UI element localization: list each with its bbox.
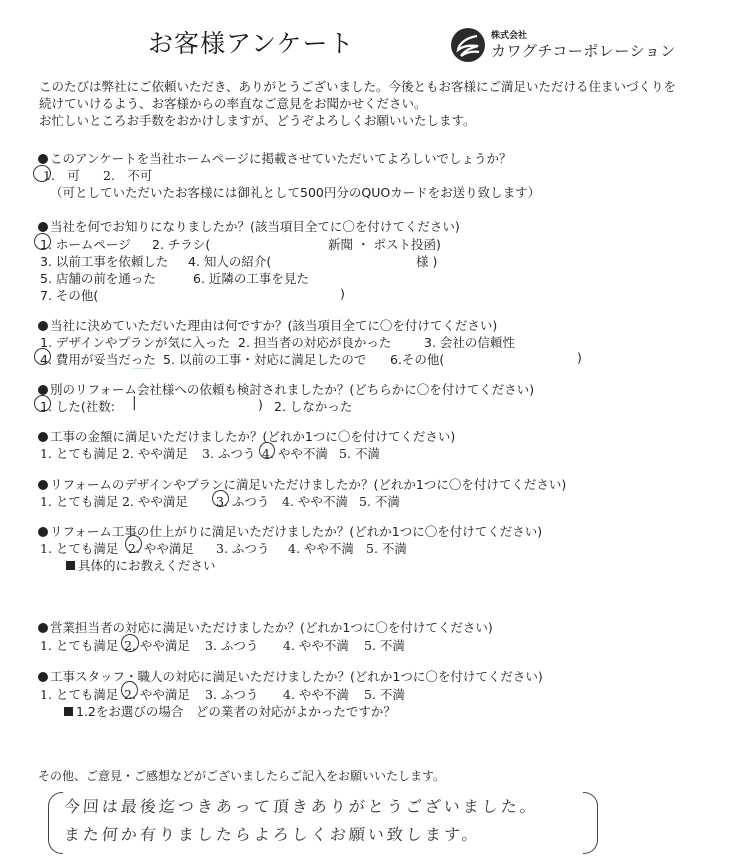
q9-option-5[interactable]: 5. 不満 [364, 685, 405, 703]
q3-option-6-close: ) [577, 350, 582, 365]
bullet-icon [38, 385, 48, 395]
q2-option-7-close: ) [340, 286, 345, 301]
q8-option-1[interactable]: 1. とても満足 [40, 636, 118, 654]
q4-option-1[interactable]: 1. した(社数: [40, 397, 115, 415]
q6-option-4[interactable]: 4. やや不満 [282, 492, 348, 510]
q8-option-3[interactable]: 3. ふつう [205, 636, 258, 654]
comment-line-1[interactable]: 今回は最後迄つきあって頂きありがとうございました。 [63, 794, 539, 817]
q9-sub-prompt: 1.2をお選びの場合 どの業者の対応がよかったですか？ [64, 702, 396, 720]
comment-box-right-bracket [583, 792, 598, 854]
q5-option-5[interactable]: 5. 不満 [339, 444, 380, 462]
bullet-icon [38, 672, 48, 682]
bullet-icon [38, 222, 48, 232]
q4-option-2[interactable]: 2. しなかった [274, 397, 352, 415]
q5-option-3[interactable]: 3. ふつう [202, 444, 255, 462]
bullet-icon [38, 527, 48, 537]
comment-line-2[interactable]: また何か有りましたらよろしくお願い致します。 [63, 822, 481, 845]
q9-option-3[interactable]: 3. ふつう [205, 685, 258, 703]
question-6: リフォームのデザインやプランに満足いただけましたか？(どれか1つに〇を付けてくだ… [38, 475, 566, 493]
question-1: このアンケートを当社ホームページに掲載させていただいてよろしいでしょうか？ [38, 149, 512, 167]
q3-option-5[interactable]: 5. 以前の工事・対応に満足したので [163, 350, 366, 368]
question-5: 工事の金額に満足いただけましたか？(どれか1つに〇を付けてください) [38, 427, 455, 445]
q8-option-5[interactable]: 5. 不満 [364, 636, 405, 654]
q6-option-2[interactable]: 2. やや満足 [122, 492, 188, 510]
comments-prompt: その他、ご意見・ご感想などがございましたらご記入をお願いいたします。 [38, 767, 445, 784]
selected-circle-mark [125, 535, 142, 553]
q2-option-7[interactable]: 7. その他( [40, 286, 98, 304]
q2-option-5[interactable]: 5. 店舗の前を通った [40, 269, 156, 287]
q3-option-2[interactable]: 2. 担当者の対応が良かった [238, 333, 391, 351]
q7-option-3[interactable]: 3. ふつう [216, 539, 269, 557]
q9-option-1[interactable]: 1. とても満足 [40, 685, 118, 703]
page-title: お客様アンケート [148, 24, 355, 60]
question-3: 当社に決めていただいた理由は何ですか？(該当項目全てに〇を付けてください) [38, 316, 497, 334]
q7-option-5[interactable]: 5. 不満 [366, 539, 407, 557]
selected-circle-mark [121, 634, 139, 652]
question-9: 工事スタッフ・職人の対応に満足いただけましたか？(どれか1つに〇を付けてください… [38, 667, 543, 685]
q3-option-3[interactable]: 3. 会社の信頼性 [424, 333, 515, 351]
q1-note: （可としていただいたお客様には御礼として500円分のQUOカードをお送り致します… [50, 183, 540, 201]
selected-circle-mark [34, 233, 51, 250]
bullet-icon [38, 432, 48, 442]
q5-option-1[interactable]: 1. とても満足 [40, 444, 118, 462]
intro-line: 続けていけるよう、お客様からの率直なご意見をお聞かせください。 [39, 95, 676, 112]
question-7: リフォーム工事の仕上がりに満足いただけましたか？(どれか1つに〇を付けてください… [38, 522, 542, 540]
q1-option-2[interactable]: 2. 不可 [103, 166, 152, 184]
square-bullet-icon [64, 707, 73, 716]
comment-box-left-bracket [48, 792, 63, 854]
bullet-icon [38, 480, 48, 490]
q5-option-2[interactable]: 2. やや満足 [122, 444, 188, 462]
q2-option-3[interactable]: 3. 以前工事を依頼した [40, 252, 168, 270]
company-logo-icon [451, 28, 485, 62]
selected-circle-mark [121, 681, 138, 699]
company-logo: 株式会社 カワグチコーポレーション [451, 26, 691, 66]
q7-option-4[interactable]: 4. やや不満 [288, 539, 354, 557]
q3-option-1[interactable]: 1. デザインやプランが気に入った [40, 333, 230, 351]
q2-option-2-detail: 新聞 ・ ポスト投函) [328, 235, 441, 253]
bullet-icon [38, 623, 48, 633]
stray-mark [132, 368, 152, 369]
square-bullet-icon [66, 561, 75, 570]
selected-circle-mark [212, 490, 229, 507]
q2-option-2[interactable]: 2. チラシ( [152, 235, 210, 253]
question-8: 営業担当者の対応に満足いただけましたか？(どれか1つに〇を付けてください) [38, 618, 493, 636]
q7-option-1[interactable]: 1. とても満足 [40, 539, 118, 557]
company-name: カワグチコーポレーション [491, 40, 676, 61]
q2-option-4-suffix: 様 ) [416, 252, 437, 270]
selected-circle-mark [33, 165, 51, 182]
intro-line: お忙しいところお手数をおかけしますが、どうぞよろしくお願いいたします。 [39, 112, 676, 129]
q8-option-4[interactable]: 4. やや不満 [283, 636, 349, 654]
question-4: 別のリフォーム会社様への依頼も検討されましたか？(どちらかに〇を付けてください) [38, 380, 534, 398]
q3-option-6[interactable]: 6.その他( [390, 350, 444, 368]
q2-option-6[interactable]: 6. 近隣の工事を見た [193, 269, 309, 287]
q9-option-4[interactable]: 4. やや不満 [283, 685, 349, 703]
q7-sub-prompt: 具体的にお教えください [66, 556, 216, 574]
q3-option-4[interactable]: 4. 費用が妥当だった [40, 350, 156, 368]
selected-circle-mark [34, 348, 51, 365]
q4-handwritten-count[interactable]: | [132, 395, 137, 411]
q6-option-5[interactable]: 5. 不満 [359, 492, 400, 510]
q4-option-1-close: ) [258, 397, 263, 412]
question-2: 当社を何でお知りになりましたか？(該当項目全てに〇を付けてください) [38, 217, 460, 235]
q2-option-4[interactable]: 4. 知人の紹介( [188, 252, 271, 270]
bullet-icon [38, 154, 48, 164]
intro-text: このたびは弊社にご依頼いただき、ありがとうございました。今後ともお客様にご満足い… [39, 78, 676, 129]
intro-line: このたびは弊社にご依頼いただき、ありがとうございました。今後ともお客様にご満足い… [39, 78, 676, 95]
selected-circle-mark [259, 442, 275, 459]
bullet-icon [38, 321, 48, 331]
selected-circle-mark [34, 395, 51, 412]
q2-option-1[interactable]: 1. ホームページ [40, 235, 131, 253]
q6-option-1[interactable]: 1. とても満足 [40, 492, 118, 510]
